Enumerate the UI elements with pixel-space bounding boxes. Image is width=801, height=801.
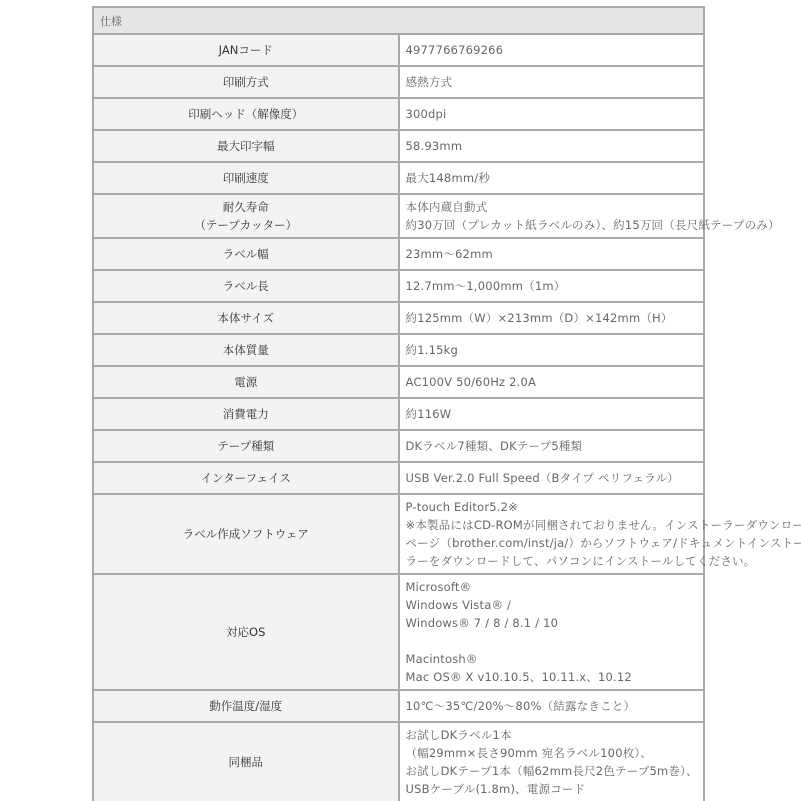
spec-value-line: USB Ver.2.0 Full Speed（Bタイプ ペリフェラル） [406, 469, 698, 487]
spec-header-row: 仕様 [93, 7, 704, 34]
spec-value-line: DKラベル7種類、DKテープ5種類 [406, 437, 698, 455]
spec-value-line: Windows® 7 / 8 / 8.1 / 10 [406, 614, 698, 632]
spec-label-line: 耐久寿命 [98, 198, 394, 216]
spec-value-line: 約125mm（W）×213mm（D）×142mm（H） [406, 309, 698, 327]
spec-row: 同梱品お試しDKラベル1本（幅29mm×長さ90mm 宛名ラベル100枚）、お試… [93, 722, 704, 801]
spec-value-line: 23mm〜62mm [406, 245, 698, 263]
spec-label: 本体サイズ [93, 302, 399, 334]
spec-label: 動作温度/湿度 [93, 690, 399, 722]
spec-label: 最大印字幅 [93, 130, 399, 162]
spec-row: インターフェイスUSB Ver.2.0 Full Speed（Bタイプ ペリフェ… [93, 462, 704, 494]
spec-value-line: お試しDKテープ1本（幅62mm長尺2色テープ5m巻）、 [406, 762, 698, 780]
spec-label-line: 印刷方式 [98, 73, 394, 91]
spec-label-line: 印刷速度 [98, 169, 394, 187]
spec-value-line: ラーをダウンロードして、パソコンにインストールしてください。 [406, 552, 698, 570]
spec-value-line: 4977766769266 [406, 41, 698, 59]
spec-table-title: 仕様 [93, 7, 704, 34]
spec-label-line: 同梱品 [98, 753, 394, 771]
spec-value: 12.7mm〜1,000mm（1m） [399, 270, 705, 302]
spec-value-line: P-touch Editor5.2※ [406, 498, 698, 516]
spec-label-line: 消費電力 [98, 405, 394, 423]
spec-value-line: Macintosh® [406, 650, 698, 668]
spec-label: 印刷速度 [93, 162, 399, 194]
spec-label-line: テープ種類 [98, 437, 394, 455]
spec-row: JANコード4977766769266 [93, 34, 704, 66]
spec-value: 約125mm（W）×213mm（D）×142mm（H） [399, 302, 705, 334]
spec-label-line: 本体サイズ [98, 309, 394, 327]
spec-value-line: 10℃〜35℃/20%〜80%（結露なきこと） [406, 697, 698, 715]
spec-label-line: 対応OS [98, 623, 394, 641]
spec-value: AC100V 50/60Hz 2.0A [399, 366, 705, 398]
spec-label-line: ラベル作成ソフトウェア [98, 525, 394, 543]
spec-label-line: 最大印字幅 [98, 137, 394, 155]
spec-value: 約116W [399, 398, 705, 430]
spec-value-line: 最大148mm/秒 [406, 169, 698, 187]
spec-value-line: （幅29mm×長さ90mm 宛名ラベル100枚）、 [406, 744, 698, 762]
spec-row: 印刷速度最大148mm/秒 [93, 162, 704, 194]
spec-value-line: お試しDKラベル1本 [406, 726, 698, 744]
spec-value: P-touch Editor5.2※※本製品にはCD-ROMが同梱されておりませ… [399, 494, 705, 574]
spec-value: 23mm〜62mm [399, 238, 705, 270]
spec-row: 動作温度/湿度10℃〜35℃/20%〜80%（結露なきこと） [93, 690, 704, 722]
spec-row: 印刷ヘッド（解像度）300dpi [93, 98, 704, 130]
spec-row: ラベル長12.7mm〜1,000mm（1m） [93, 270, 704, 302]
spec-row: 対応OSMicrosoft®Windows Vista® /Windows® 7… [93, 574, 704, 690]
spec-label: 印刷方式 [93, 66, 399, 98]
spec-value: お試しDKラベル1本（幅29mm×長さ90mm 宛名ラベル100枚）、お試しDK… [399, 722, 705, 801]
spec-value: 約1.15kg [399, 334, 705, 366]
spec-table: 仕様 JANコード4977766769266印刷方式感熱方式印刷ヘッド（解像度）… [92, 6, 705, 801]
spec-label: ラベル長 [93, 270, 399, 302]
spec-value: 本体内蔵自動式約30万回（プレカット紙ラベルのみ）、約15万回（長尺紙テープのみ… [399, 194, 705, 238]
spec-value: 58.93mm [399, 130, 705, 162]
spec-label-line: 本体質量 [98, 341, 394, 359]
spec-value-line: AC100V 50/60Hz 2.0A [406, 373, 698, 391]
spec-value-line [406, 632, 698, 650]
spec-value: DKラベル7種類、DKテープ5種類 [399, 430, 705, 462]
spec-value-line: USBケーブル(1.8m)、電源コード [406, 780, 698, 798]
spec-value: 10℃〜35℃/20%〜80%（結露なきこと） [399, 690, 705, 722]
spec-row: テープ種類DKラベル7種類、DKテープ5種類 [93, 430, 704, 462]
spec-label: 消費電力 [93, 398, 399, 430]
spec-value-line: 12.7mm〜1,000mm（1m） [406, 277, 698, 295]
spec-value: 300dpi [399, 98, 705, 130]
spec-label-line: ラベル幅 [98, 245, 394, 263]
spec-row: 消費電力約116W [93, 398, 704, 430]
spec-value: 4977766769266 [399, 34, 705, 66]
spec-label: 印刷ヘッド（解像度） [93, 98, 399, 130]
spec-label-line: インターフェイス [98, 469, 394, 487]
spec-label-line: （テープカッター） [98, 216, 394, 234]
spec-value-line: 約1.15kg [406, 341, 698, 359]
spec-label: 耐久寿命（テープカッター） [93, 194, 399, 238]
spec-value-line: Mac OS® X v10.10.5、10.11.x、10.12 [406, 668, 698, 686]
spec-label-line: 動作温度/湿度 [98, 697, 394, 715]
spec-value-line: 本体内蔵自動式 [406, 198, 698, 216]
spec-label: 同梱品 [93, 722, 399, 801]
spec-value: 最大148mm/秒 [399, 162, 705, 194]
spec-value-line: 約30万回（プレカット紙ラベルのみ）、約15万回（長尺紙テープのみ） [406, 216, 698, 234]
spec-value-line: 58.93mm [406, 137, 698, 155]
spec-row: 本体質量約1.15kg [93, 334, 704, 366]
spec-label-line: 印刷ヘッド（解像度） [98, 105, 394, 123]
spec-label: 電源 [93, 366, 399, 398]
spec-value: USB Ver.2.0 Full Speed（Bタイプ ペリフェラル） [399, 462, 705, 494]
spec-label: 対応OS [93, 574, 399, 690]
spec-value: 感熱方式 [399, 66, 705, 98]
spec-value-line: 300dpi [406, 105, 698, 123]
spec-row: ラベル幅23mm〜62mm [93, 238, 704, 270]
spec-row: 耐久寿命（テープカッター）本体内蔵自動式約30万回（プレカット紙ラベルのみ）、約… [93, 194, 704, 238]
spec-value-line: ページ（brother.com/inst/ja/）からソフトウェア/ドキュメント… [406, 534, 698, 552]
spec-label: ラベル幅 [93, 238, 399, 270]
spec-value-line: 約116W [406, 405, 698, 423]
spec-row: 印刷方式感熱方式 [93, 66, 704, 98]
spec-label-line: 電源 [98, 373, 394, 391]
spec-label: ラベル作成ソフトウェア [93, 494, 399, 574]
spec-body: JANコード4977766769266印刷方式感熱方式印刷ヘッド（解像度）300… [93, 34, 704, 801]
spec-label: 本体質量 [93, 334, 399, 366]
spec-row: 本体サイズ約125mm（W）×213mm（D）×142mm（H） [93, 302, 704, 334]
spec-label: JANコード [93, 34, 399, 66]
spec-value-line: Windows Vista® / [406, 596, 698, 614]
spec-value-line: ※本製品にはCD-ROMが同梱されておりません。インストーラーダウンロード [406, 516, 698, 534]
spec-value: Microsoft®Windows Vista® /Windows® 7 / 8… [399, 574, 705, 690]
spec-value-line: 感熱方式 [406, 73, 698, 91]
spec-row: 最大印字幅58.93mm [93, 130, 704, 162]
spec-label: テープ種類 [93, 430, 399, 462]
spec-row: ラベル作成ソフトウェアP-touch Editor5.2※※本製品にはCD-RO… [93, 494, 704, 574]
spec-label-line: ラベル長 [98, 277, 394, 295]
spec-value-line: Microsoft® [406, 578, 698, 596]
spec-label-line: JANコード [98, 41, 394, 59]
spec-label: インターフェイス [93, 462, 399, 494]
spec-row: 電源AC100V 50/60Hz 2.0A [93, 366, 704, 398]
